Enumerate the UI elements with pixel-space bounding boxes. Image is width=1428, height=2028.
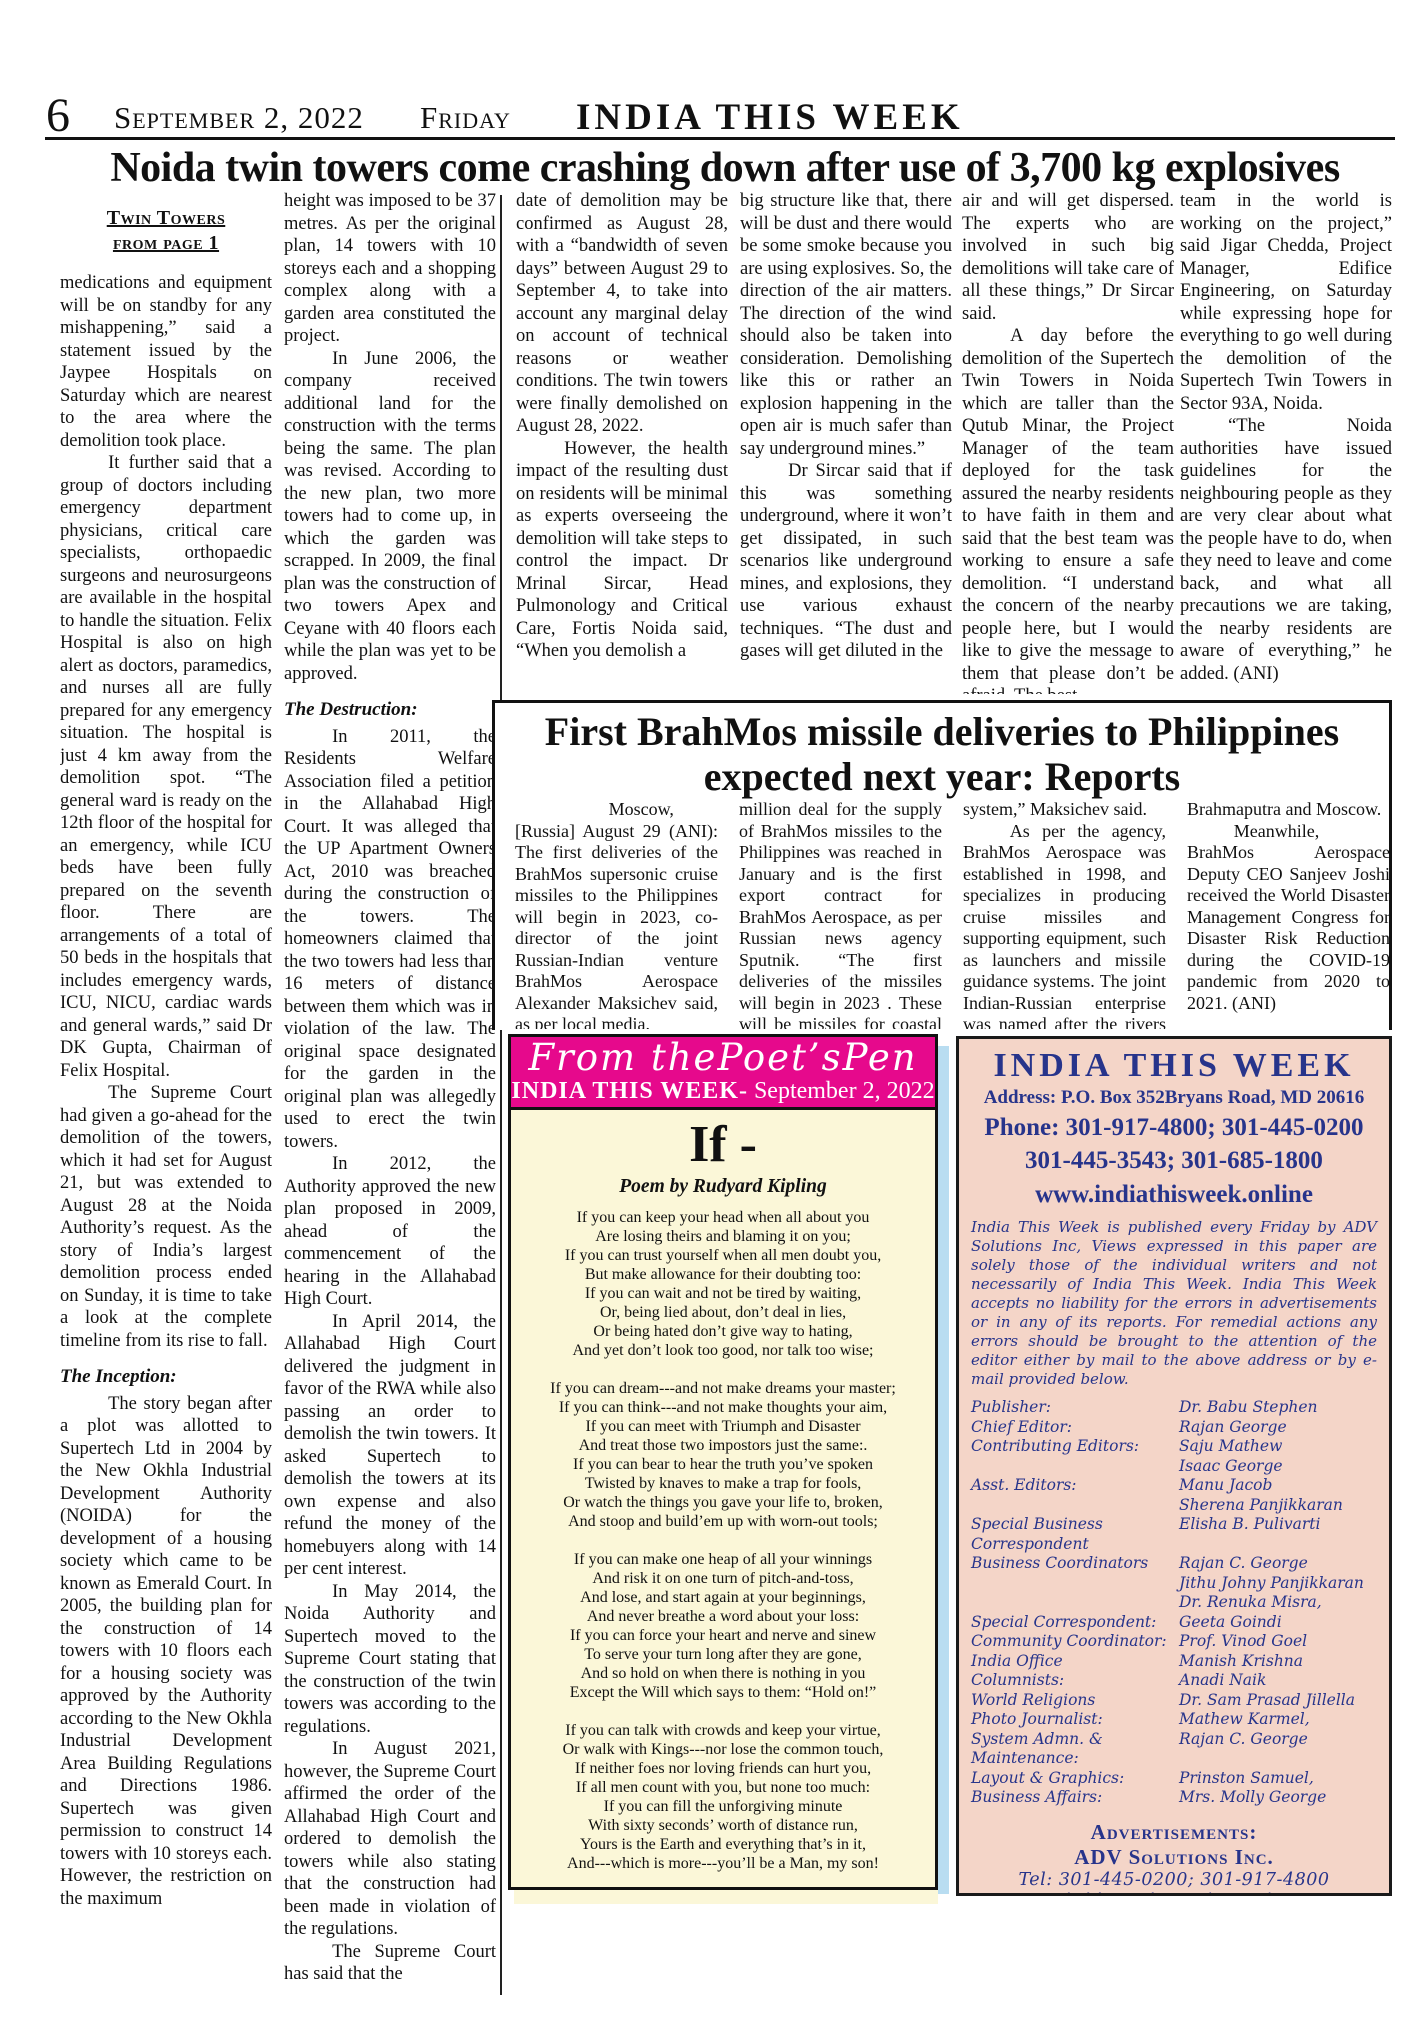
- brahmos-article-box: First BrahMos missile deliveries to Phil…: [492, 700, 1392, 1030]
- poem-box: If - Poem by Rudyard Kipling If you can …: [508, 1110, 938, 1890]
- poem-line: If neither foes nor loving friends can h…: [511, 1759, 935, 1778]
- staff-row: Community Coordinator:Prof. Vinod Goel: [971, 1632, 1377, 1652]
- main-headline: Noida twin towers come crashing down aft…: [55, 146, 1395, 190]
- staff-role-label: Contributing Editors:: [971, 1437, 1179, 1476]
- poem-stanza: If you can dream---and not make dreams y…: [511, 1379, 935, 1531]
- poem-line: Or watch the things you gave your life t…: [511, 1493, 935, 1512]
- staff-name: Dr. Renuka Misra,: [1179, 1593, 1377, 1613]
- poem-line: But make allowance for their doubting to…: [511, 1265, 935, 1284]
- staff-names: Rajan C. GeorgeJithu Johny PanjikkaranDr…: [1179, 1554, 1377, 1613]
- poem-body: If you can keep your head when all about…: [511, 1208, 935, 1873]
- paragraph: It further said that a group of doctors …: [60, 452, 272, 1082]
- staff-name: Rajan George: [1179, 1418, 1377, 1438]
- article-column-2: height was imposed to be 37 metres. As p…: [284, 190, 496, 1995]
- poem-line: To serve your turn long after they are g…: [511, 1645, 935, 1664]
- poem-line: Or being hated don’t give way to hating,: [511, 1322, 935, 1341]
- poem-line: If you can meet with Triumph and Disaste…: [511, 1417, 935, 1436]
- poem-line: Except the Will which says to them: “Hol…: [511, 1683, 935, 1702]
- staff-role-label: Special Correspondent:: [971, 1613, 1179, 1633]
- staff-role-label: Chief Editor:: [971, 1418, 1179, 1438]
- paragraph: Dr Sircar said that if this was somethin…: [740, 460, 952, 663]
- paragraph: team in the world is working on the proj…: [1180, 190, 1392, 415]
- poets-pen-banner: From thePoet’sPen INDIA THIS WEEK- Septe…: [508, 1034, 938, 1110]
- staff-name: Dr. Sam Prasad Jillella: [1179, 1691, 1377, 1711]
- staff-name: Prof. Vinod Goel: [1179, 1632, 1377, 1652]
- paragraph: The story began after a plot was allotte…: [60, 1393, 272, 1911]
- poets-pen-banner-date: September 2, 2022: [748, 1078, 935, 1104]
- staff-names: Prinston Samuel,: [1179, 1769, 1377, 1789]
- poem-line: If you can make one heap of all your win…: [511, 1550, 935, 1569]
- staff-role-label: System Admn. & Maintenance:: [971, 1730, 1179, 1769]
- newspaper-page: 6 September 2, 2022 Friday INDIA THIS WE…: [0, 0, 1428, 2028]
- staff-names: Elisha B. Pulivarti: [1179, 1515, 1377, 1554]
- poets-pen-brand: INDIA THIS WEEK-: [511, 1078, 748, 1104]
- poem-line: And lose, and start again at your beginn…: [511, 1588, 935, 1607]
- paragraph: “The Noida authorities have issued guide…: [1180, 415, 1392, 685]
- staff-list: Publisher:Dr. Babu StephenChief Editor:R…: [971, 1398, 1377, 1808]
- staff-name: Geeta Goindi: [1179, 1613, 1377, 1633]
- continuation-note: Twin Towersfrom page 1: [60, 206, 272, 256]
- staff-names: Rajan George: [1179, 1418, 1377, 1438]
- staff-names: Geeta Goindi: [1179, 1613, 1377, 1633]
- poem-byline: Poem by Rudyard Kipling: [511, 1176, 935, 1198]
- staff-names: Anadi Naik: [1179, 1671, 1377, 1691]
- paragraph: million deal for the supply of BrahMos m…: [739, 799, 942, 1029]
- poem-line: Are losing theirs and blaming it on you;: [511, 1227, 935, 1246]
- staff-role-label: Business Coordinators: [971, 1554, 1179, 1613]
- paragraph: As per the agency, BrahMos Aerospace was…: [963, 821, 1166, 1030]
- ads-tel-line1: Tel: 301-445-0200; 301-917-4800: [971, 1870, 1377, 1891]
- poem-line: And risk it on one turn of pitch-and-tos…: [511, 1569, 935, 1588]
- staff-row: Photo Journalist:Mathew Karmel,: [971, 1710, 1377, 1730]
- poem-line: And so hold on when there is nothing in …: [511, 1664, 935, 1683]
- staff-row: Publisher:Dr. Babu Stephen: [971, 1398, 1377, 1418]
- staff-row: Business CoordinatorsRajan C. GeorgeJith…: [971, 1554, 1377, 1613]
- staff-name: Rajan C. George: [1179, 1554, 1377, 1574]
- poets-pen-title: From thePoet’sPen: [511, 1038, 935, 1078]
- paragraph: Moscow, [Russia] August 29 (ANI): The fi…: [515, 799, 718, 1029]
- poem-line: And stoop and build’em up with worn-out …: [511, 1512, 935, 1531]
- poets-pen-bottom-shadow: [514, 1890, 938, 1904]
- paragraph: The Supreme Court had given a go-ahead f…: [60, 1082, 272, 1352]
- section-subhead: The Destruction:: [284, 699, 496, 722]
- staff-role-label: Columnists:: [971, 1671, 1179, 1691]
- paragraph: The Supreme Court has said that the: [284, 1941, 496, 1986]
- staff-row: Layout & Graphics:Prinston Samuel,: [971, 1769, 1377, 1789]
- staff-role-label: India Office: [971, 1652, 1179, 1672]
- staff-names: Manu JacobSherena Panjikkaran: [1179, 1476, 1377, 1515]
- poem-line: If you can bear to hear the truth you’ve…: [511, 1455, 935, 1474]
- staff-role-label: Special Business Correspondent: [971, 1515, 1179, 1554]
- header-rule: [45, 137, 1395, 140]
- staff-names: Dr. Babu Stephen: [1179, 1398, 1377, 1418]
- staff-row: Business Affairs:Mrs. Molly George: [971, 1788, 1377, 1808]
- paragraph: In 2012, the Authority approved the new …: [284, 1153, 496, 1311]
- staff-name: Jithu Johny Panjikkaran: [1179, 1574, 1377, 1594]
- staff-row: Special Correspondent:Geeta Goindi: [971, 1613, 1377, 1633]
- staff-row: Chief Editor:Rajan George: [971, 1418, 1377, 1438]
- publication-info-box: INDIA THIS WEEK Address: P.O. Box 352Bry…: [956, 1036, 1392, 1896]
- poem-line: And never breathe a word about your loss…: [511, 1607, 935, 1626]
- poets-pen-blue-edge: [938, 1046, 949, 1894]
- poem-line: Twisted by knaves to make a trap for foo…: [511, 1474, 935, 1493]
- poem-stanza: If you can talk with crowds and keep you…: [511, 1721, 935, 1873]
- staff-names: Mrs. Molly George: [1179, 1788, 1377, 1808]
- staff-name: Manish Krishna: [1179, 1652, 1377, 1672]
- paragraph: medications and equipment will be on sta…: [60, 272, 272, 452]
- brahmos-column-4: Brahmaputra and Moscow.Meanwhile, BrahMo…: [1187, 799, 1390, 1029]
- paragraph: big structure like that, there will be d…: [740, 190, 952, 460]
- staff-role-label: Photo Journalist:: [971, 1710, 1179, 1730]
- poem-line: If you can talk with crowds and keep you…: [511, 1721, 935, 1740]
- ads-heading: Advertisements:: [971, 1820, 1377, 1845]
- section-subhead: The Inception:: [60, 1366, 272, 1389]
- staff-name: Saju Mathew: [1179, 1437, 1377, 1457]
- staff-role-label: Community Coordinator:: [971, 1632, 1179, 1652]
- paragraph: date of demolition may be confirmed as A…: [516, 190, 728, 438]
- staff-names: Prof. Vinod Goel: [1179, 1632, 1377, 1652]
- brahmos-column-2: million deal for the supply of BrahMos m…: [739, 799, 942, 1029]
- poem-line: If you can trust yourself when all men d…: [511, 1246, 935, 1265]
- paragraph: Meanwhile, BrahMos Aerospace Deputy CEO …: [1187, 821, 1390, 1015]
- staff-names: Dr. Sam Prasad Jillella: [1179, 1691, 1377, 1711]
- staff-name: Isaac George: [1179, 1457, 1377, 1477]
- advertisements-block: Advertisements: ADV Solutions Inc. Tel: …: [971, 1820, 1377, 1897]
- staff-name: Anadi Naik: [1179, 1671, 1377, 1691]
- poem-line: If you can think---and not make thoughts…: [511, 1398, 935, 1417]
- paragraph: However, the health impact of the result…: [516, 438, 728, 663]
- paragraph: Brahmaputra and Moscow.: [1187, 799, 1390, 821]
- poem-line: If you can dream---and not make dreams y…: [511, 1379, 935, 1398]
- paragraph: In April 2014, the Allahabad High Court …: [284, 1311, 496, 1581]
- staff-role-label: Layout & Graphics:: [971, 1769, 1179, 1789]
- issue-day: Friday: [420, 100, 511, 136]
- column-separator-rule: [500, 195, 502, 1995]
- poem-line: Or walk with Kings---nor lose the common…: [511, 1740, 935, 1759]
- paragraph: height was imposed to be 37 metres. As p…: [284, 190, 496, 348]
- publication-website: www.indiathisweek.online: [971, 1180, 1377, 1209]
- staff-row: Special Business CorrespondentElisha B. …: [971, 1515, 1377, 1554]
- poem-line: If you can keep your head when all about…: [511, 1208, 935, 1227]
- poem-line: If you can force your heart and nerve an…: [511, 1626, 935, 1645]
- brahmos-headline-line1: First BrahMos missile deliveries to Phil…: [545, 709, 1339, 754]
- publication-phone-line1: Phone: 301-917-4800; 301-445-0200: [971, 1113, 1377, 1142]
- paragraph: In August 2021, however, the Supreme Cou…: [284, 1738, 496, 1941]
- staff-row: System Admn. & Maintenance:Rajan C. Geor…: [971, 1730, 1377, 1769]
- staff-row: Contributing Editors:Saju MathewIsaac Ge…: [971, 1437, 1377, 1476]
- staff-row: Asst. Editors:Manu JacobSherena Panjikka…: [971, 1476, 1377, 1515]
- continuation-note-line: from page 1: [60, 231, 272, 256]
- poets-pen-banner-subtitle: INDIA THIS WEEK- September 2, 2022: [511, 1078, 935, 1104]
- continuation-note-line: Twin Towers: [60, 206, 272, 231]
- staff-name: Manu Jacob: [1179, 1476, 1377, 1496]
- paragraph: In June 2006, the company received addit…: [284, 348, 496, 686]
- paragraph: In May 2014, the Noida Authority and Sup…: [284, 1581, 496, 1739]
- poem-line: And---which is more---you’ll be a Man, m…: [511, 1854, 935, 1873]
- paragraph: A day before the demolition of the Super…: [962, 325, 1174, 694]
- staff-role-label: World Religions: [971, 1691, 1179, 1711]
- publication-disclaimer: India This Week is published every Frida…: [971, 1218, 1377, 1389]
- staff-row: Columnists:Anadi Naik: [971, 1671, 1377, 1691]
- article-column-1: Twin Towersfrom page 1medications and eq…: [60, 190, 272, 1995]
- article-column-5: air and will get dispersed. The experts …: [962, 190, 1174, 694]
- poem-line: And treat those two impostors just the s…: [511, 1436, 935, 1455]
- poem-line: With sixty seconds’ worth of distance ru…: [511, 1816, 935, 1835]
- info-box-title: INDIA THIS WEEK: [971, 1047, 1377, 1085]
- staff-name: Prinston Samuel,: [1179, 1769, 1377, 1789]
- page-number: 6: [46, 88, 70, 143]
- article-column-4: big structure like that, there will be d…: [740, 190, 952, 694]
- ads-company: ADV Solutions Inc.: [971, 1845, 1377, 1870]
- staff-name: Rajan C. George: [1179, 1730, 1377, 1750]
- brahmos-column-3: system,” Maksichev said.As per the agenc…: [963, 799, 1166, 1029]
- paragraph: system,” Maksichev said.: [963, 799, 1166, 821]
- staff-names: Manish Krishna: [1179, 1652, 1377, 1672]
- staff-role-label: Asst. Editors:: [971, 1476, 1179, 1515]
- brahmos-column-1: Moscow, [Russia] August 29 (ANI): The fi…: [515, 799, 718, 1029]
- staff-name: Mrs. Molly George: [1179, 1788, 1377, 1808]
- paragraph: In 2011, the Residents Welfare Associati…: [284, 726, 496, 1154]
- poem-stanza: If you can make one heap of all your win…: [511, 1550, 935, 1702]
- poem-line: If you can fill the unforgiving minute: [511, 1797, 935, 1816]
- brahmos-headline-line2: expected next year: Reports: [704, 754, 1181, 799]
- staff-row: India OfficeManish Krishna: [971, 1652, 1377, 1672]
- issue-date: September 2, 2022: [114, 100, 364, 136]
- staff-name: Mathew Karmel,: [1179, 1710, 1377, 1730]
- staff-row: World ReligionsDr. Sam Prasad Jillella: [971, 1691, 1377, 1711]
- staff-name: Sherena Panjikkaran: [1179, 1496, 1377, 1516]
- ads-tel-line2: 301-445-3543, 301-685-1800: [971, 1891, 1377, 1897]
- masthead: INDIA THIS WEEK: [576, 96, 964, 139]
- poem-line: If you can wait and not be tired by wait…: [511, 1284, 935, 1303]
- poem-line: If all men count with you, but none too …: [511, 1778, 935, 1797]
- staff-role-label: Publisher:: [971, 1398, 1179, 1418]
- staff-name: Elisha B. Pulivarti: [1179, 1515, 1377, 1535]
- paragraph: air and will get dispersed. The experts …: [962, 190, 1174, 325]
- staff-role-label: Business Affairs:: [971, 1788, 1179, 1808]
- publication-address: Address: P.O. Box 352Bryans Road, MD 206…: [971, 1086, 1377, 1109]
- poem-line: Yours is the Earth and everything that’s…: [511, 1835, 935, 1854]
- poem-stanza: If you can keep your head when all about…: [511, 1208, 935, 1360]
- poem-line: And yet don’t look too good, nor talk to…: [511, 1341, 935, 1360]
- staff-name: Dr. Babu Stephen: [1179, 1398, 1377, 1418]
- staff-names: Mathew Karmel,: [1179, 1710, 1377, 1730]
- staff-names: Rajan C. George: [1179, 1730, 1377, 1769]
- staff-names: Saju MathewIsaac George: [1179, 1437, 1377, 1476]
- poem-title: If -: [511, 1118, 935, 1172]
- article-column-6: team in the world is working on the proj…: [1180, 190, 1392, 694]
- brahmos-headline: First BrahMos missile deliveries to Phil…: [503, 709, 1381, 799]
- article-column-3: date of demolition may be confirmed as A…: [516, 190, 728, 694]
- poem-line: Or, being lied about, don’t deal in lies…: [511, 1303, 935, 1322]
- publication-phone-line2: 301-445-3543; 301-685-1800: [971, 1146, 1377, 1175]
